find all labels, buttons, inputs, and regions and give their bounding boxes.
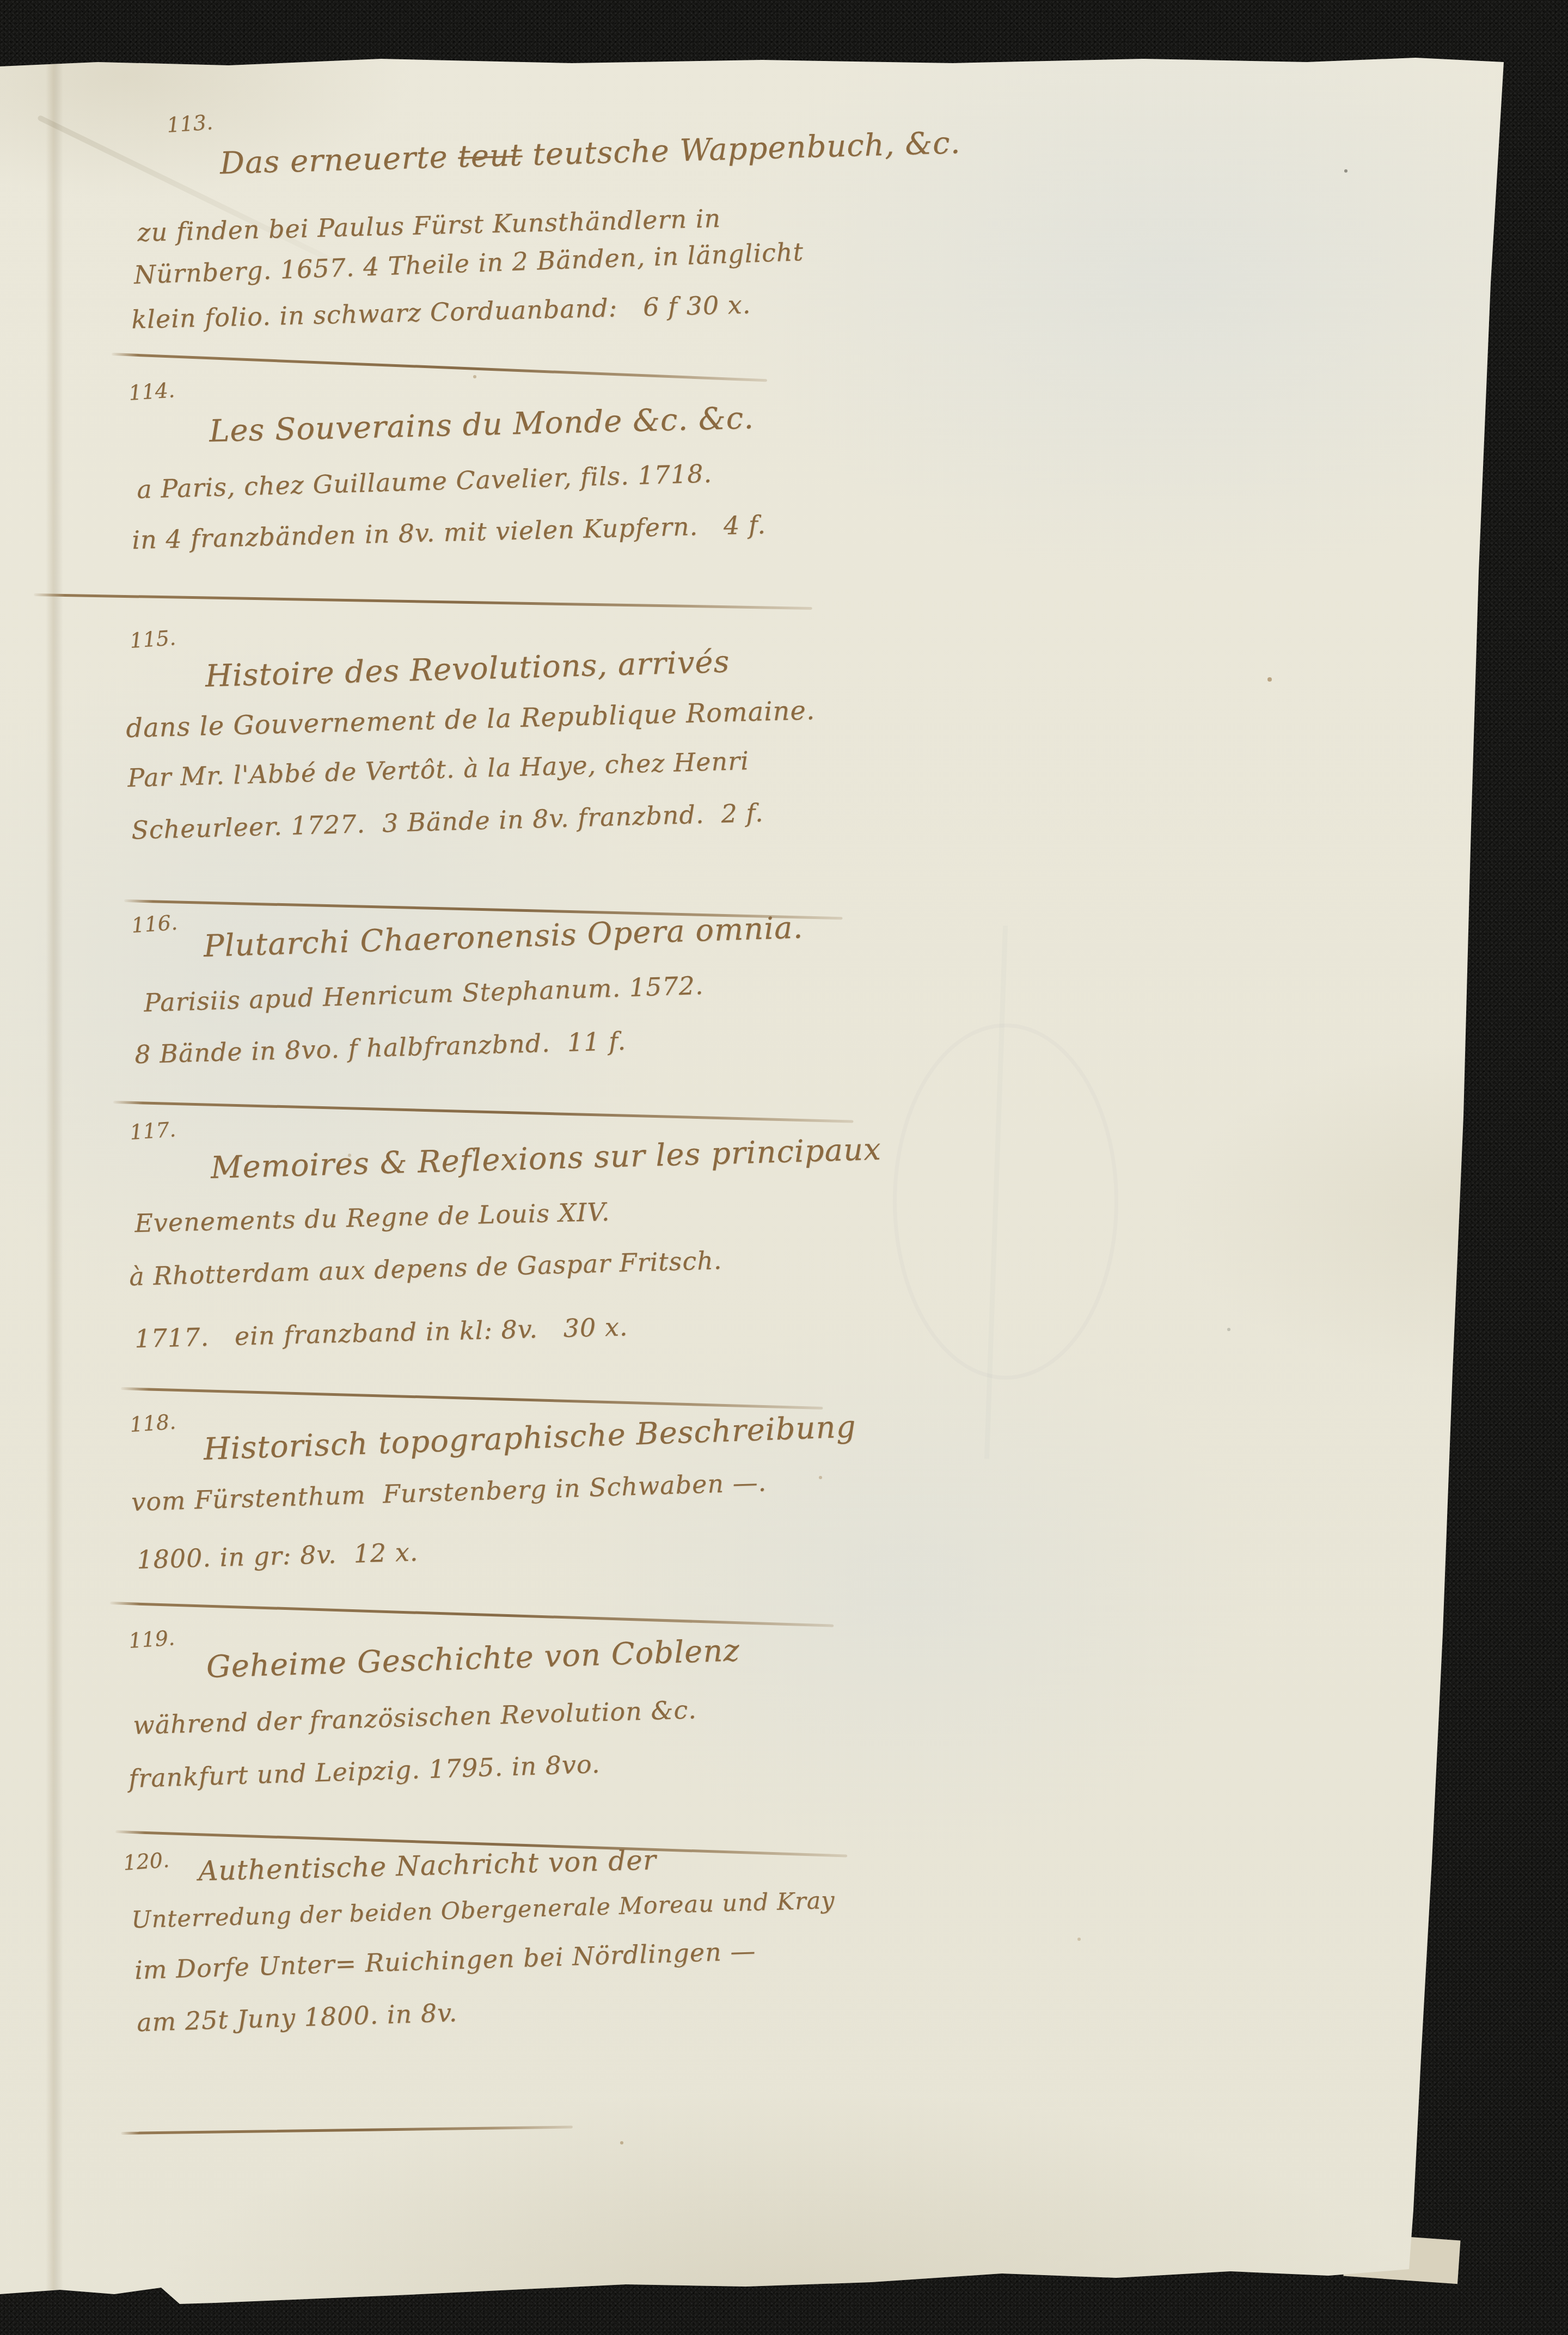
entry-title-line: Memoires & Reflexions sur les principaux (210, 1132, 881, 1186)
entry-line: Par Mr. l'Abbé de Vertôt. à la Haye, che… (127, 746, 749, 793)
entry-line: Parisiis apud Henricum Stephanum. 1572. (143, 971, 704, 1018)
entry-line: klein folio. in schwarz Corduanband: 6 f… (131, 290, 751, 334)
entry-title-line: Das erneuerte teut teutsche Wappenbuch, … (219, 125, 961, 181)
entry-line: 8 Bände in 8vo. f halbfranzbnd. 11 f. (134, 1026, 626, 1069)
entry-line: in 4 franzbänden in 8v. mit vielen Kupfe… (132, 510, 767, 555)
entry-divider-rule (34, 593, 812, 610)
paper-specks (0, 0, 2, 2)
entry-divider-rule (112, 353, 767, 382)
entry-line: Unterredung der beiden Obergenerale More… (131, 1887, 836, 1934)
entry-title-line: Plutarchi Chaeronensis Opera omnia. (203, 910, 804, 964)
paper-watermark (893, 1024, 1118, 1380)
scan-background: 113.Das erneuerte teut teutsche Wappenbu… (0, 0, 1568, 2335)
entry-line: 1800. in gr: 8v. 12 x. (136, 1537, 419, 1574)
entry-divider-rule (121, 2125, 573, 2135)
entry-number: 116. (131, 910, 178, 937)
entry-title-line: Histoire des Revolutions, arrivés (205, 644, 730, 694)
entry-number: 120. (122, 1848, 170, 1875)
text-segment: teutsche Wappenbuch, &c. (522, 125, 961, 173)
entry-number: 113. (166, 110, 213, 137)
entry-number: 115. (129, 626, 176, 653)
entry-line: am 25t Juny 1800. in 8v. (136, 1998, 458, 2037)
entry-divider-rule (113, 1101, 854, 1123)
entry-line: Scheurleer. 1727. 3 Bände in 8v. franzbn… (131, 798, 764, 845)
entry-line: a Paris, chez Guillaume Cavelier, fils. … (136, 459, 712, 504)
entry-line: frankfurt und Leipzig. 1795. in 8vo. (128, 1749, 601, 1793)
entry-title-line: Authentische Nachricht von der (198, 1844, 657, 1887)
entry-line: à Rhotterdam aux depens de Gaspar Fritsc… (128, 1246, 722, 1291)
entry-title-line: Geheime Geschichte von Coblenz (206, 1633, 740, 1685)
entry-title-line: Les Souverains du Monde &c. &c. (209, 401, 754, 449)
entry-line: Evenements du Regne de Louis XIV. (134, 1197, 610, 1238)
text-segment: Das erneuerte (219, 139, 458, 181)
entry-line: während der französischen Revolution &c. (132, 1695, 697, 1740)
entry-line: vom Fürstenthum Furstenberg in Schwaben … (131, 1467, 767, 1517)
entry-number: 117. (129, 1117, 176, 1144)
entry-line: im Dorfe Unter= Ruichingen bei Nördlinge… (134, 1936, 756, 1985)
entry-divider-rule (110, 1602, 834, 1627)
entry-divider-rule (121, 1387, 823, 1409)
entry-number: 114. (128, 378, 175, 405)
entry-number: 119. (128, 1626, 175, 1653)
struck-word: teut (457, 138, 523, 175)
entry-line: dans le Gouvernement de la Republique Ro… (126, 695, 816, 744)
entry-line: 1717. ein franzband in kl: 8v. 30 x. (134, 1312, 628, 1353)
fold-crease (46, 61, 63, 2303)
entry-title-line: Historisch topographische Beschreibung (203, 1409, 857, 1467)
entry-number: 118. (129, 1409, 176, 1437)
manuscript-page: 113.Das erneuerte teut teutsche Wappenbu… (0, 0, 1568, 2335)
